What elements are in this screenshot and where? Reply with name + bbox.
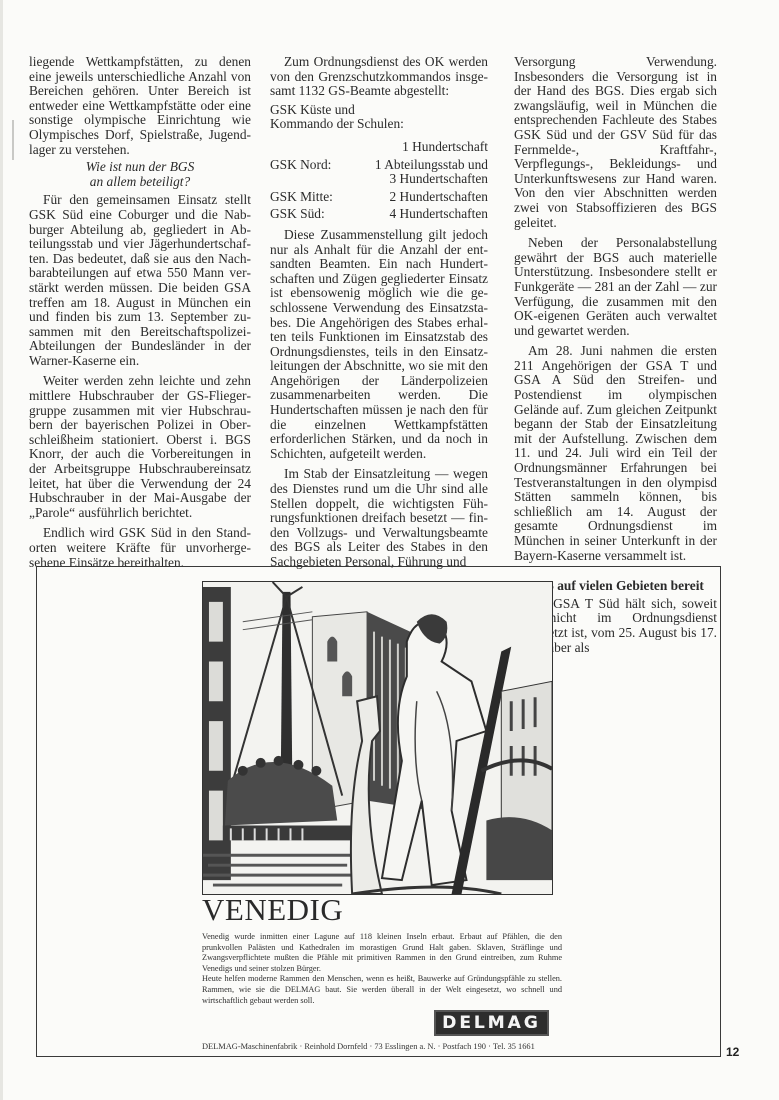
value-cell: 1 Hundertschaft [348,140,488,158]
paragraph: Diese Zusammenstellung gilt jedoch nur a… [270,228,488,462]
table-row: GSK Mitte: 2 Hundertschaften [270,190,488,208]
allocation-header-line: GSK Küste und [270,103,488,118]
ad-paragraph: Venedig wurde inmitten einer Lagune auf … [202,932,562,974]
unit-cell: GSK Nord: [270,158,348,190]
unit-cell: GSK Mitte: [270,190,348,208]
venice-sketch-image [203,582,552,894]
page-binding-edge [0,0,3,1100]
table-row: 1 Hundertschaft [270,140,488,158]
table-row: GSK Süd: 4 Hundertschaften [270,207,488,225]
page-number: 12 [726,1045,739,1059]
section-subheading: Wie ist nun der BGS an allem beteiligt? [29,160,251,189]
scan-artifact [12,120,14,160]
paragraph: Für den gemeinsamen Einsatz stellt GSK S… [29,193,251,368]
value-line: 1 Abteilungsstab und [348,158,488,173]
logo-text: DELMAG [442,1013,541,1033]
subheading-line: Wie ist nun der BGS [29,160,251,175]
subheading-line: an allem beteiligt? [29,175,251,190]
paragraph: Zum Ordnungsdienst des OK werden von den… [270,55,488,99]
ad-body-text: Venedig wurde inmitten einer Lagune auf … [202,932,562,1006]
table-row: GSK Nord: 1 Abteilungsstab und 3 Hundert… [270,158,488,190]
delmag-advertisement: VENEDIG Venedig wurde inmitten einer Lag… [36,566,721,1057]
allocation-header: GSK Küste und Kommando der Schulen: [270,103,488,132]
ad-paragraph: Heute helfen moderne Rammen den Menschen… [202,974,562,1006]
paragraph: Im Stab der Einsatzleitung — wegen des D… [270,467,488,569]
value-cell: 4 Hundertschaften [348,207,488,225]
paragraph: Versorgung Verwendung. Insbesonders die … [514,55,717,230]
value-cell: 2 Hundertschaften [348,190,488,208]
unit-cell: GSK Süd: [270,207,348,225]
value-line: 2 Hundertschaften [348,190,488,205]
allocation-table: 1 Hundertschaft GSK Nord: 1 Abteilungsst… [270,140,488,225]
paragraph: liegende Wettkampfstätten, zu denen eine… [29,55,251,157]
article-column-2: Zum Ordnungsdienst des OK werden von den… [270,55,488,573]
allocation-header-line: Kommando der Schulen: [270,117,488,132]
paragraph: Weiter werden zehn leichte und zehn mitt… [29,374,251,520]
ad-company-address: DELMAG-Maschinenfabrik · Reinhold Dornfe… [202,1042,535,1052]
value-line: 3 Hundertschaften [348,172,488,187]
paragraph: Am 28. Juni nahmen die ersten 211 Angehö… [514,344,717,563]
ad-headline: VENEDIG [202,893,343,927]
paragraph: Endlich wird GSK Süd in den Stand­orten … [29,526,251,570]
value-line: 1 Hundertschaft [348,140,488,155]
delmag-logo: DELMAG [434,1010,549,1036]
article-column-1: liegende Wettkampfstätten, zu denen eine… [29,55,251,573]
paragraph: Neben der Personalabstellung gewährt der… [514,236,717,338]
unit-cell [270,140,348,158]
venice-illustration [202,581,553,895]
value-line: 4 Hundertschaften [348,207,488,222]
value-cell: 1 Abteilungsstab und 3 Hundertschaften [348,158,488,190]
